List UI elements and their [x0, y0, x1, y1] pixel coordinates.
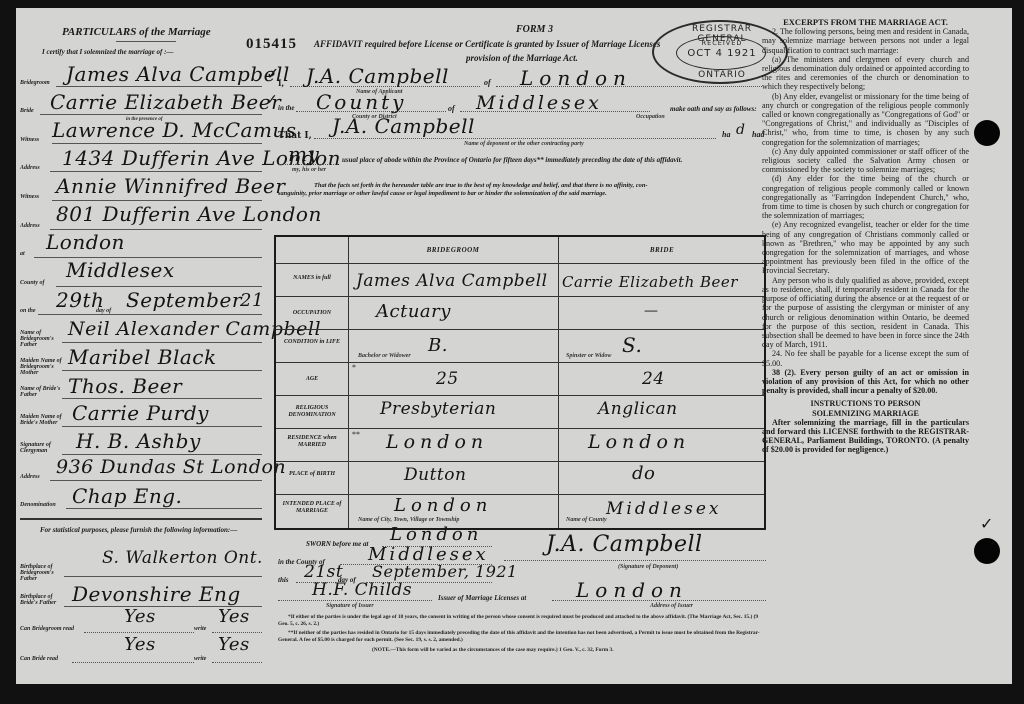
- field-line: [56, 86, 262, 87]
- deponent-signature: J.A. Campbell: [546, 532, 703, 557]
- excerpt-para: 38 (2). Every person guilty of an act or…: [762, 368, 969, 396]
- field-line: [52, 143, 262, 144]
- field-label-witness-2: Witness: [20, 194, 39, 200]
- table-header-bridegroom: BRIDEGROOM: [348, 237, 558, 263]
- instructions-title-2: SOLEMNIZING MARRIAGE: [762, 409, 969, 418]
- cell-bride-residence: London: [588, 431, 690, 453]
- field-label-groom-mother: Maiden Name of Bridegroom's Mother: [20, 358, 64, 376]
- field-value-clergy-address: 936 Dundas St London: [56, 456, 286, 478]
- row-label-birthplace: PLACE of BIRTH: [276, 471, 348, 478]
- statistical-note: For statistical purposes, please furnish…: [20, 526, 262, 535]
- field-line: [212, 632, 262, 633]
- field-value-groom-father-birthplace: S. Walkerton Ont.: [102, 548, 263, 568]
- issuer-address-caption: Address of Issuer: [650, 603, 693, 609]
- field-label-denomination: Denomination: [20, 502, 56, 508]
- field-line: [84, 632, 194, 633]
- caption-city: Name of City, Town, Village or Township: [358, 517, 459, 523]
- serial-number: 015415: [246, 36, 297, 53]
- day-of-label: day of: [96, 308, 111, 314]
- in-the-label: in the: [278, 104, 295, 112]
- field-label-county: County of: [20, 280, 45, 286]
- cell-groom-intended-place: London: [394, 495, 492, 516]
- cell-bride-intended-place: Middlesex: [606, 499, 721, 519]
- field-label-witness-1: Witness: [20, 137, 39, 143]
- field-line: [504, 560, 766, 561]
- issuer-label: Issuer of Marriage Licenses at: [438, 594, 526, 602]
- county-value: County: [316, 90, 406, 114]
- field-label-bride-father: Name of Bride's Father: [20, 386, 64, 398]
- excerpt-para: (a) The ministers and clergymen of every…: [762, 55, 969, 92]
- row-label-religion: RELIGIOUS DENOMINATION: [276, 405, 348, 419]
- caption-spinster: Spinster or Widow: [566, 353, 611, 359]
- field-label-groom-write: write: [194, 626, 206, 632]
- field-value-bride-mother: Carrie Purdy: [72, 401, 209, 425]
- field-line: [56, 286, 262, 287]
- field-value-bride-read: Yes: [124, 634, 156, 655]
- excerpt-para: 24. No fee shall be payable for a licens…: [762, 349, 969, 367]
- this-label: this: [278, 576, 289, 584]
- oath-text: make oath and say as follows:: [670, 105, 757, 113]
- field-value-at: London: [46, 230, 125, 254]
- row-label-residence: RESIDENCE when MARRIED: [276, 435, 348, 449]
- residence-footnote-mark: **: [352, 430, 360, 439]
- table-divider: [276, 263, 764, 264]
- field-value-groom-mother: Maribel Black: [68, 345, 217, 369]
- table-divider: [276, 329, 764, 330]
- field-line: [314, 138, 716, 139]
- field-line: [62, 426, 262, 427]
- excerpt-para: (b) Any elder, evangelist or missionary …: [762, 92, 969, 147]
- of-value: London: [520, 66, 632, 90]
- deponent-name: J.A. Campbell: [332, 114, 475, 138]
- field-line: [62, 370, 262, 371]
- table-divider: [348, 237, 349, 528]
- deponent-caption: Name of deponent or the other contractin…: [464, 141, 584, 147]
- caption-bachelor: Bachelor or Widower: [358, 353, 411, 359]
- field-line: [278, 600, 432, 601]
- table-divider: [276, 461, 764, 462]
- issuer-signature-caption: Signature of Issuer: [326, 603, 374, 609]
- excerpt-para: Any person who is duly qualified as abov…: [762, 276, 969, 350]
- field-label-on-the: on the: [20, 308, 36, 314]
- field-value-witness-2: Annie Winnifred Beer: [56, 174, 285, 198]
- table-header-bride: BRIDE: [558, 237, 766, 263]
- field-value-county: Middlesex: [66, 258, 175, 282]
- table-divider: [276, 296, 764, 297]
- field-label-bride-father-birthplace: Birthplace of Bride's Father: [20, 594, 66, 606]
- field-line: [72, 662, 194, 663]
- field-label-clergyman: Signature of Clergyman: [20, 442, 64, 454]
- field-value-denomination: Chap Eng.: [72, 484, 182, 508]
- ha-value: d: [736, 122, 745, 138]
- cell-groom-name: James Alva Campbell: [356, 271, 548, 291]
- field-label-bride-mother: Maiden Name of Bride's Mother: [20, 414, 64, 426]
- field-line: [38, 314, 262, 315]
- field-value-clergyman: H. B. Ashby: [76, 429, 201, 453]
- cell-groom-religion: Presbyterian: [380, 399, 496, 419]
- table-divider: [276, 362, 764, 363]
- sworn-value: London: [390, 524, 482, 545]
- caption-county: Name of County: [566, 517, 607, 523]
- sworn-label: SWORN before me at: [306, 540, 368, 548]
- row-label-names: NAMES in full: [276, 275, 348, 282]
- field-value-address-2: 801 Dufferin Ave London: [56, 202, 322, 226]
- punch-hole: [974, 538, 1000, 564]
- field-value-bride-father-birthplace: Devonshire Eng: [72, 582, 241, 606]
- table-divider: [558, 237, 559, 528]
- cell-groom-residence: London: [386, 431, 488, 453]
- field-label-bride-read: Can Bride read: [20, 656, 58, 662]
- field-label-address-2: Address: [20, 223, 40, 229]
- check-mark-icon: ✓: [980, 514, 994, 533]
- field-line: [40, 114, 262, 115]
- cell-groom-birthplace: Dutton: [404, 465, 466, 485]
- field-label-at: at: [20, 251, 25, 257]
- footnote-note: (NOTE.—This form will be varied as the c…: [372, 647, 614, 654]
- of-label: of: [484, 78, 491, 87]
- form-label: FORM 3: [516, 24, 553, 35]
- field-line: [62, 398, 262, 399]
- check-mark-icon: ✓: [266, 92, 278, 108]
- field-line: [50, 480, 262, 481]
- field-value-bride: Carrie Elizabeth Beer: [50, 90, 281, 114]
- field-line: [62, 454, 262, 455]
- field-label-bridegroom: Bridegroom: [20, 80, 50, 86]
- my-caption: my, his or her: [292, 167, 326, 173]
- field-label-groom-father: Name of Bridegroom's Father: [20, 330, 64, 348]
- applicant-name: J.A. Campbell: [306, 64, 449, 88]
- cell-groom-age: 25: [436, 369, 459, 389]
- issuer-address: London: [576, 578, 688, 602]
- excerpt-para: (c) Any duly appointed commissioner or s…: [762, 147, 969, 175]
- field-value-witness-1: Lawrence D. McCamus: [52, 118, 297, 142]
- excerpt-para: (d) Any elder for the time being of the …: [762, 174, 969, 220]
- of2-value: Middlesex: [476, 92, 602, 114]
- occupation-caption: Occupation: [636, 114, 665, 120]
- footnote-age: *If either of the parties is under the l…: [278, 614, 766, 628]
- field-label-bride-write: write: [194, 656, 206, 662]
- footnote-residence: **If neither of the parties has resided …: [278, 630, 766, 644]
- particulars-table: BRIDEGROOM BRIDE NAMES in full James Alv…: [274, 235, 766, 530]
- field-line: [212, 662, 262, 663]
- facts-text-line2: sanguinity, prior marriage or other lawf…: [278, 190, 607, 197]
- row-label-intended-place: INTENDED PLACE of MARRIAGE: [276, 501, 348, 515]
- sworn-month: September, 1921: [372, 562, 518, 581]
- field-line: [66, 508, 262, 509]
- cell-groom-occupation: Actuary: [376, 301, 451, 322]
- age-footnote-mark: *: [352, 363, 356, 372]
- field-label-groom-read: Can Bridegroom read: [20, 626, 74, 632]
- table-divider: [276, 494, 764, 495]
- particulars-heading: PARTICULARS of the Marriage: [62, 26, 211, 38]
- field-value-groom-read: Yes: [124, 606, 156, 627]
- facts-text-line1: That the facts set forth in the hereunde…: [314, 182, 648, 189]
- abode-text: usual place of abode within the Province…: [342, 156, 682, 164]
- field-label-groom-father-birthplace: Birthplace of Bridegroom's Father: [20, 564, 66, 582]
- cell-bride-age: 24: [642, 369, 665, 389]
- cell-bride-religion: Anglican: [598, 399, 678, 419]
- cell-bride-condition: S.: [622, 333, 642, 357]
- that-i-label: That I,: [278, 131, 312, 141]
- field-value-groom-write: Yes: [218, 606, 250, 627]
- row-label-age: AGE: [276, 376, 348, 383]
- marriage-document: PARTICULARS of the Marriage I certify th…: [16, 8, 1012, 684]
- cell-groom-condition: B.: [428, 335, 448, 356]
- row-label-condition: CONDITION in LIFE: [276, 339, 348, 346]
- affidavit-title-line1: AFFIDAVIT required before License or Cer…: [314, 39, 660, 49]
- of2-label: of: [448, 104, 455, 113]
- field-line: [64, 576, 262, 577]
- issuer-signature: H.F. Childs: [312, 580, 412, 600]
- cell-bride-occupation: —: [644, 303, 659, 319]
- i-label: I,: [278, 78, 284, 88]
- field-label-address-1: Address: [20, 165, 40, 171]
- section-divider: [20, 518, 262, 520]
- table-divider: [276, 395, 764, 396]
- my-value: my: [288, 142, 319, 166]
- instructions-text: After solemnizing the marriage, fill in …: [762, 418, 969, 455]
- field-label-bride: Bride: [20, 108, 34, 114]
- ha-label: ha: [722, 130, 730, 139]
- field-value-bride-father: Thos. Beer: [68, 374, 182, 398]
- field-value-bride-write: Yes: [218, 634, 250, 655]
- heading-divider: [116, 41, 176, 42]
- deponent-signature-caption: (Signature of Deponent): [618, 564, 678, 570]
- instructions-title-1: INSTRUCTIONS TO PERSON: [762, 399, 969, 408]
- field-value-month: September: [126, 288, 242, 312]
- field-line: [50, 171, 262, 172]
- field-label-clergy-address: Address: [20, 474, 40, 480]
- field-value-year: 21: [240, 290, 264, 311]
- affidavit-title-line2: provision of the Marriage Act.: [466, 53, 578, 63]
- field-value-bridegroom: James Alva Campbell: [66, 62, 290, 86]
- excerpts-column: EXCERPTS FROM THE MARRIAGE ACT. 2. The f…: [762, 18, 969, 455]
- excerpt-para: (e) Any recognized evangelist, teacher o…: [762, 220, 969, 275]
- field-line: [62, 342, 262, 343]
- punch-hole: [974, 120, 1000, 146]
- excerpts-title: EXCERPTS FROM THE MARRIAGE ACT.: [762, 18, 969, 27]
- excerpt-para: 2. The following persons, being men and …: [762, 27, 969, 55]
- certify-text: I certify that I solemnized the marriage…: [42, 48, 173, 56]
- row-label-occupation: OCCUPATION: [276, 310, 348, 317]
- cell-bride-name: Carrie Elizabeth Beer: [562, 273, 738, 291]
- table-divider: [276, 428, 764, 429]
- cell-bride-birthplace: do: [632, 463, 655, 484]
- field-line: [52, 200, 262, 201]
